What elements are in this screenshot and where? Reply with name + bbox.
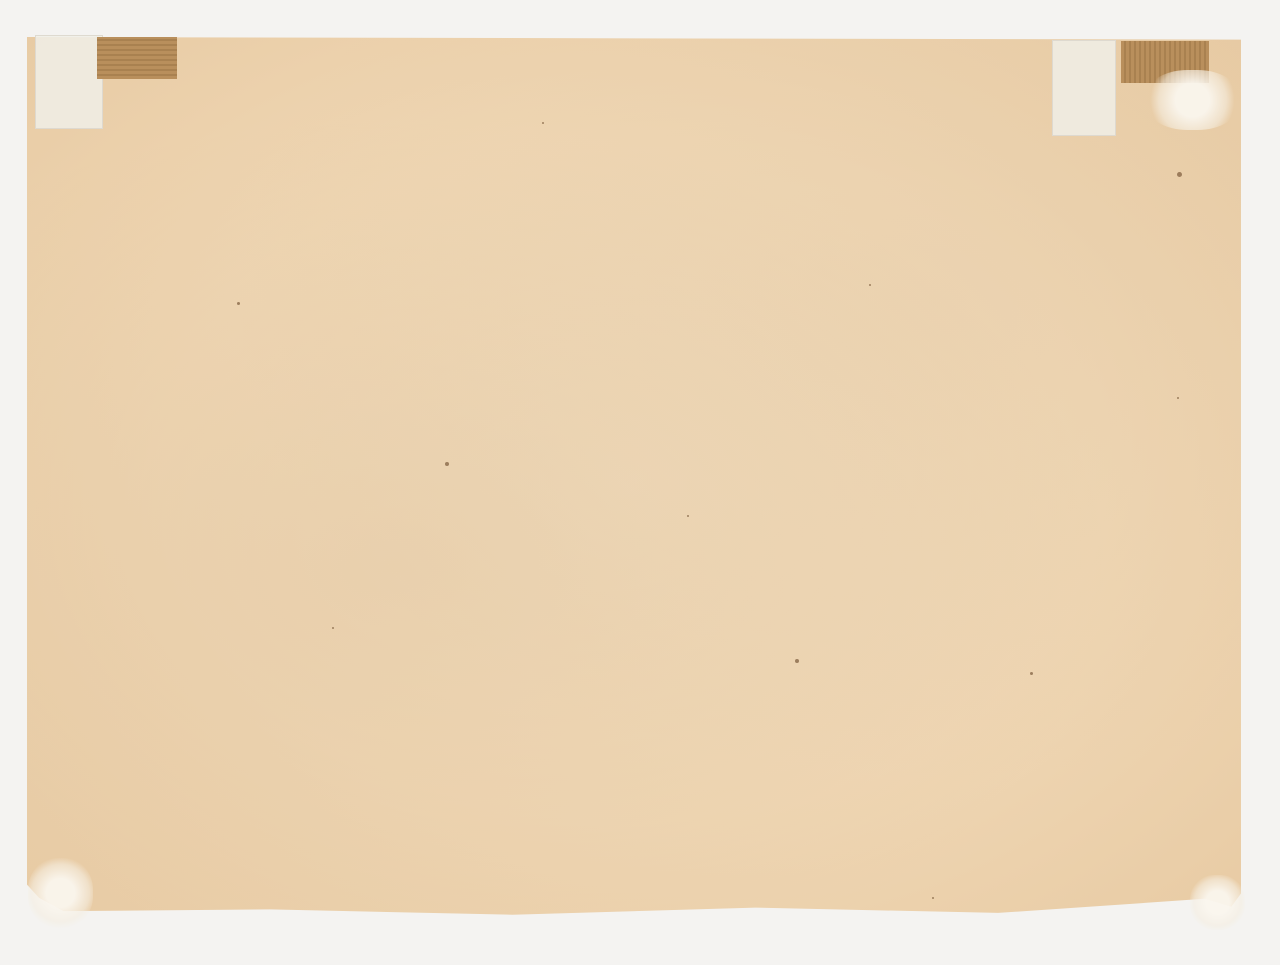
- speck: [869, 284, 871, 286]
- speck: [1030, 672, 1033, 675]
- speck: [445, 462, 449, 466]
- speck: [332, 627, 334, 629]
- brown-tape-top-left: [97, 37, 177, 79]
- speck: [542, 122, 544, 124]
- speck: [795, 659, 799, 663]
- speck: [1177, 172, 1182, 177]
- paper-sheet: [27, 37, 1241, 920]
- clear-tape-top-left: [35, 35, 103, 129]
- speck: [687, 515, 689, 517]
- speck: [237, 302, 240, 305]
- speck: [932, 897, 934, 899]
- worn-corner-top-right: [1145, 70, 1240, 130]
- clear-tape-top-right: [1052, 40, 1116, 136]
- speck: [1177, 397, 1179, 399]
- worn-corner-bottom-right: [1190, 875, 1245, 930]
- worn-corner-bottom-left: [28, 858, 93, 928]
